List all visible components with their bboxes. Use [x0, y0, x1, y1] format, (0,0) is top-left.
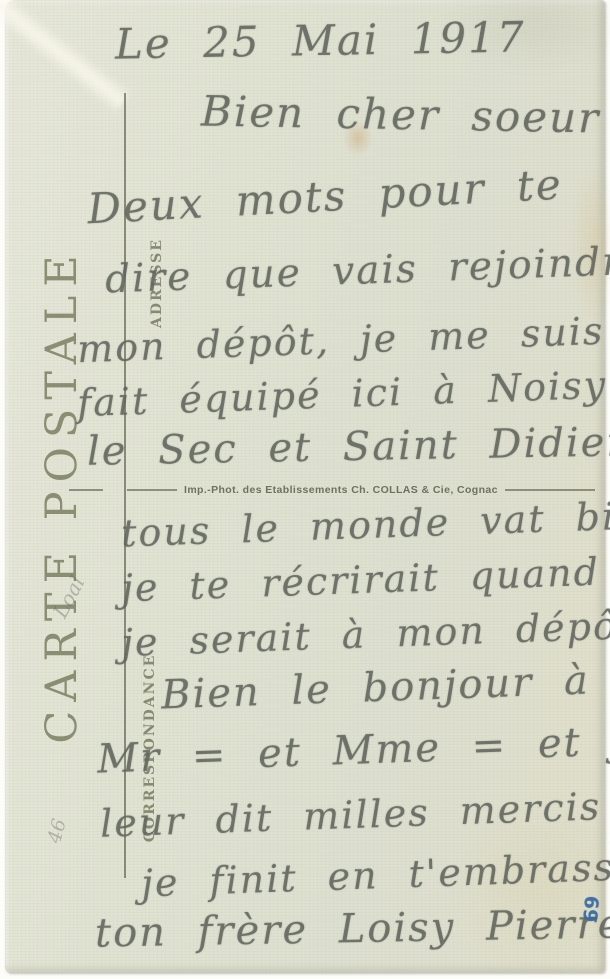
handwritten-line: tous le monde vat bien	[120, 492, 610, 555]
handwritten-line: Deux mots pour te	[86, 160, 564, 234]
carte-postale-title: CARTE POSTALE	[37, 246, 87, 743]
corner-crease	[0, 0, 132, 114]
handwritten-date: Le 25 Mai 1917	[115, 12, 526, 68]
handwritten-line: ton frère Loisy Pierre	[95, 901, 610, 956]
handwritten-line: Bien le bonjour à	[160, 658, 590, 719]
handwritten-line: je te récrirait quand	[120, 550, 600, 611]
postcard-back: CARTE POSTALE ADRESSE CORRESPONDANCE Imp…	[5, 0, 605, 973]
imprint-row: Imp.-Phot. des Etablissements Ch. COLLAS…	[127, 483, 595, 497]
margin-pencil-note: 46	[43, 816, 71, 845]
imprint-rule-right	[505, 489, 595, 491]
imprint-rule-left	[127, 489, 177, 491]
handwritten-line: je serait à mon dépôt	[120, 603, 610, 665]
handwritten-line: dire que vais rejoindre	[104, 239, 610, 303]
handwritten-line: le Sec et Saint Didier	[87, 419, 610, 474]
handwritten-line: fait équipé ici à Noisy	[76, 363, 607, 425]
handwritten-line: Bien cher soeur	[201, 87, 601, 143]
blue-ink-stamp: 69	[578, 895, 602, 923]
printer-imprint: Imp.-Phot. des Etablissements Ch. COLLAS…	[184, 484, 498, 496]
handwritten-line: Mr = et Mme = et je	[96, 717, 610, 782]
imprint-rule-stub	[69, 489, 103, 491]
